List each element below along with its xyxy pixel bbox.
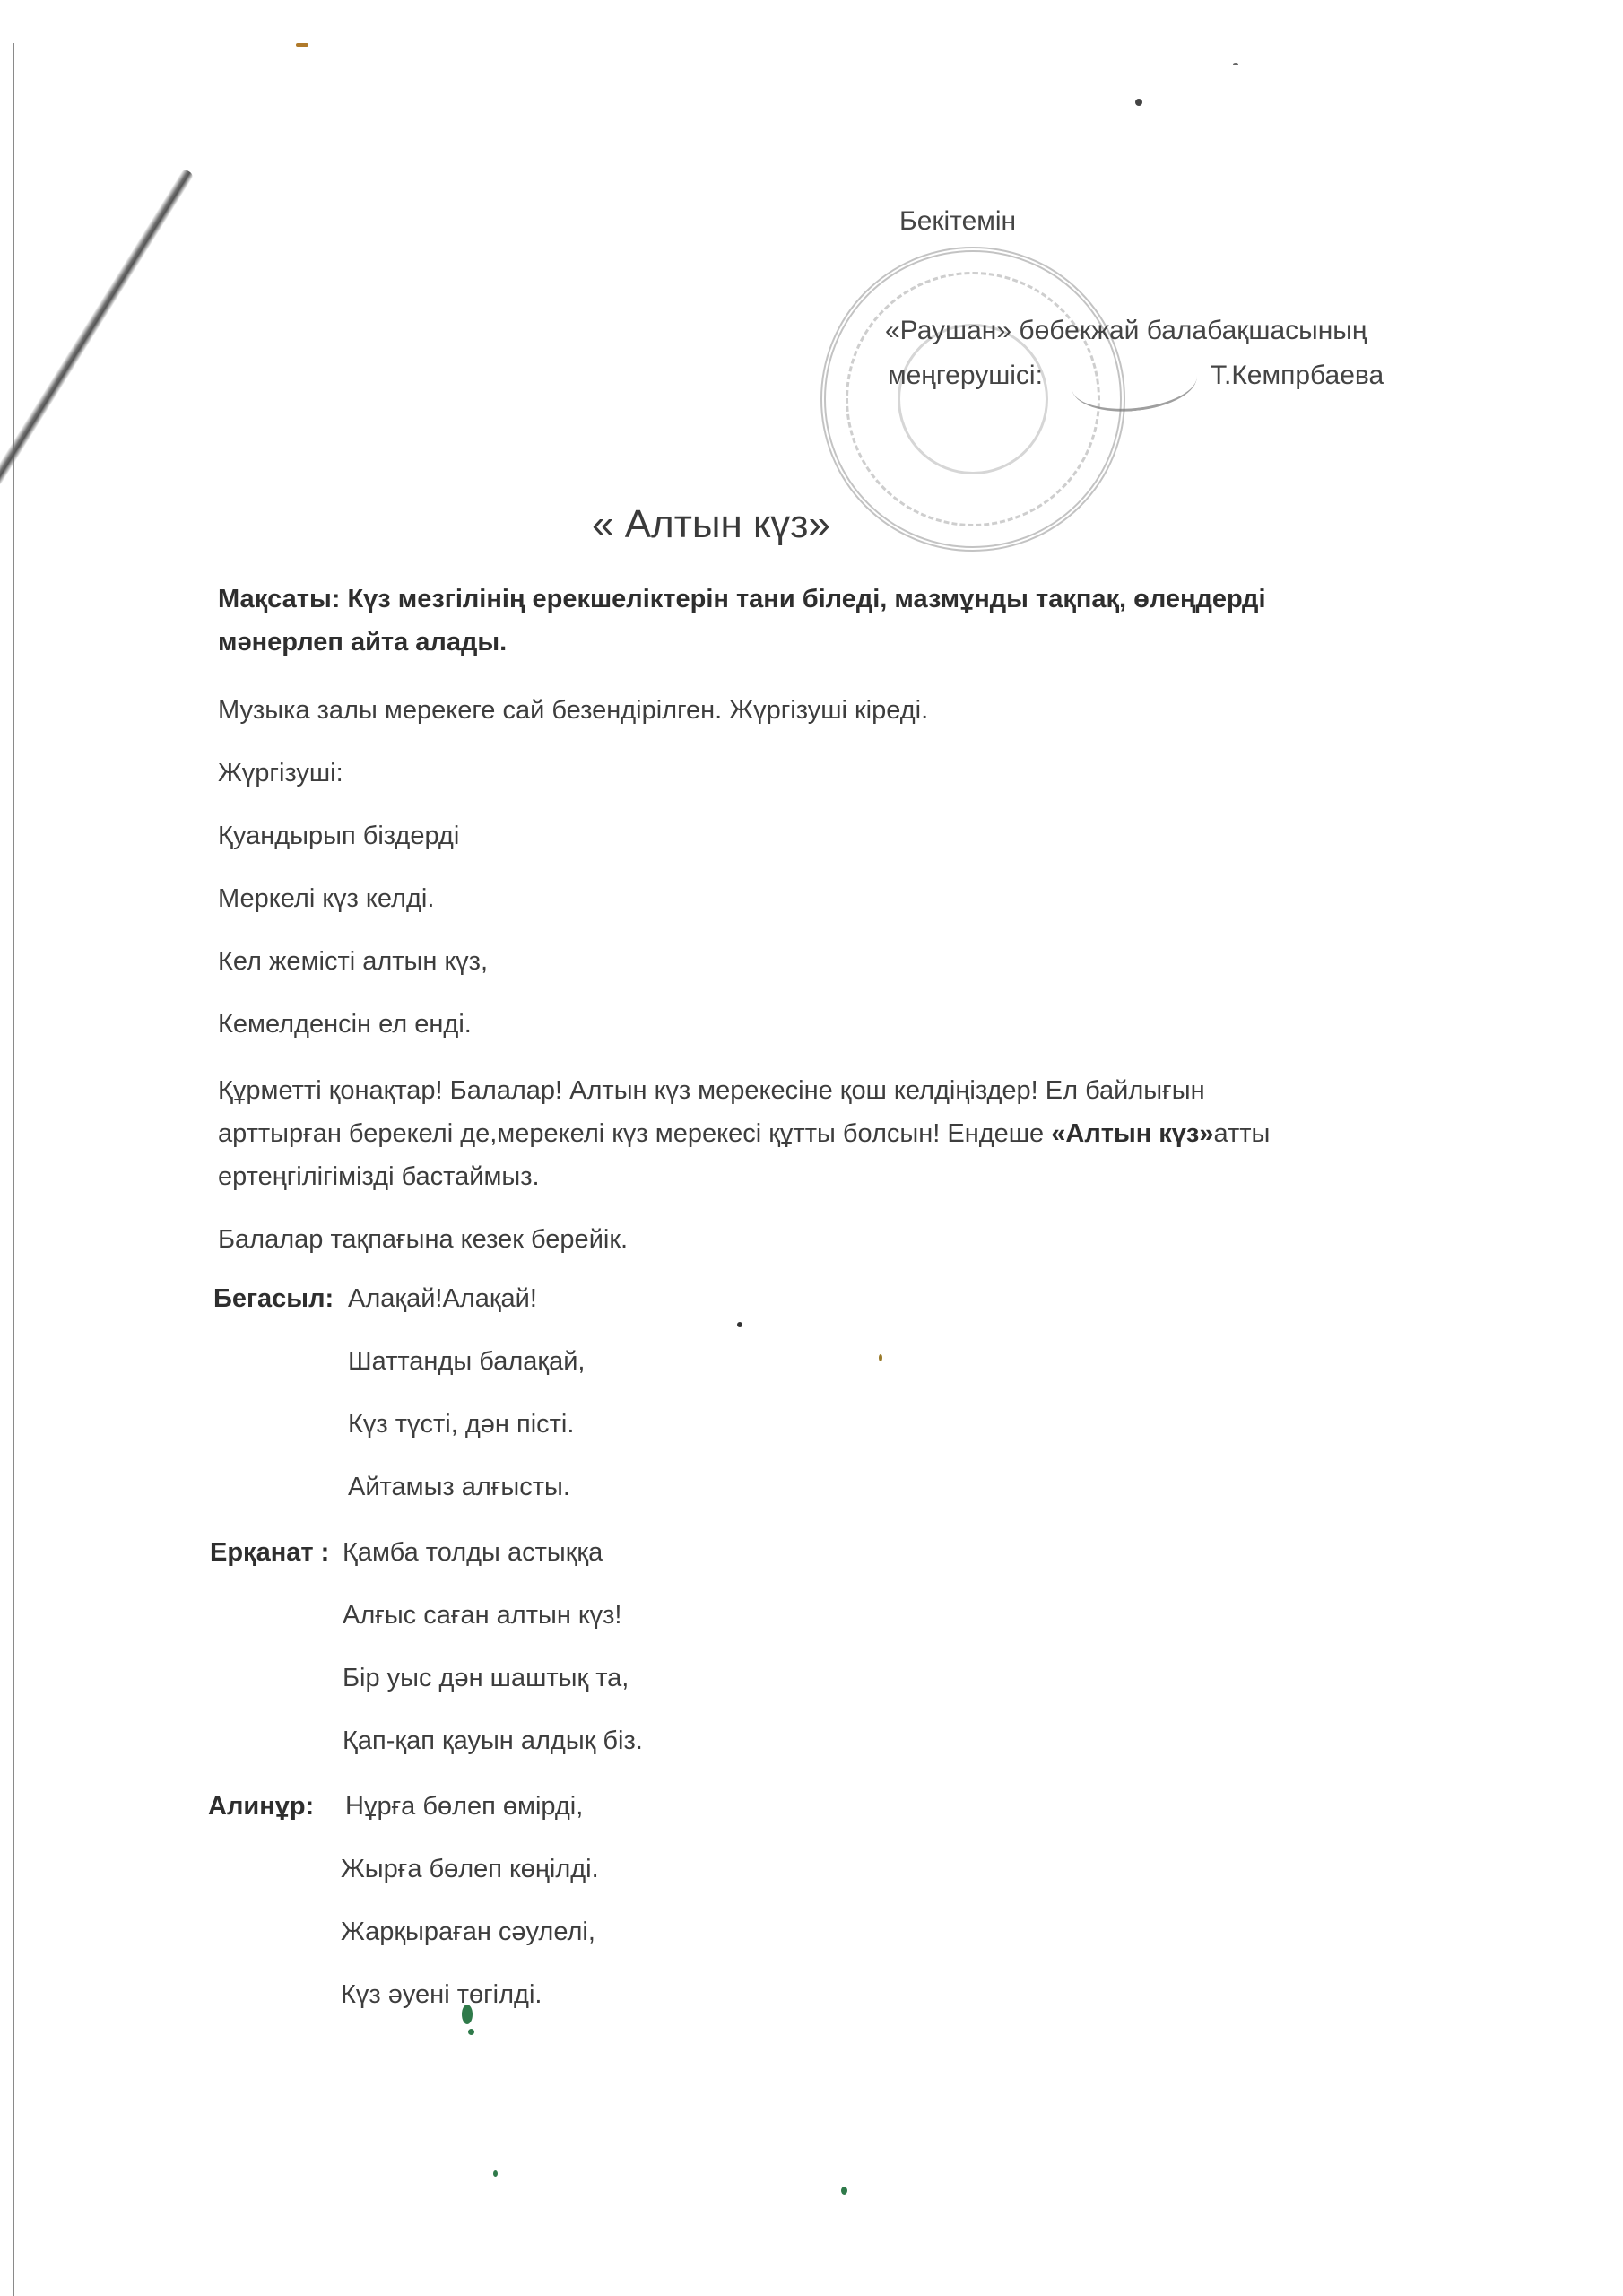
ink-spot-green (493, 2170, 498, 2177)
scan-speck (879, 1354, 882, 1361)
poem-speaker: Алинұр: (208, 1792, 314, 1822)
poem-line: Нұрға бөлеп өмірді, (345, 1792, 583, 1822)
document-title: « Алтын күз» (592, 502, 830, 547)
host-label: Жүргізуші: (218, 759, 343, 788)
approval-institution: «Раушан» бөбекжай балабақшасының (885, 316, 1367, 346)
poem-line: Қап-қап қауын алдық біз. (343, 1726, 643, 1756)
goal-text-1: Күз мезгілінің ерекшеліктерін тани білед… (347, 585, 1265, 613)
turn-text: Балалар тақпағына кезек берейік. (218, 1225, 628, 1255)
host-verse-line: Кел жемісті алтын күз, (218, 947, 488, 977)
poem-line: Жарқыраған сәулелі, (341, 1918, 595, 1947)
approval-name: Т.Кемпрбаева (1211, 361, 1384, 391)
greeting-line-2: арттырған берекелі де,мерекелі күз мерек… (218, 1119, 1270, 1149)
ink-spot-green (468, 2029, 474, 2035)
poem-line: Күз әуені төгілді. (341, 1980, 542, 2010)
host-verse-line: Қуандырып біздерді (218, 822, 459, 851)
ink-spot-green (841, 2187, 847, 2195)
scan-streak-artifact (0, 169, 195, 487)
poem-line: Алғыс саған алтын күз! (343, 1601, 621, 1631)
scan-speck (1233, 63, 1238, 65)
poem-line: Айтамыз алғысты. (348, 1473, 570, 1502)
poem-line: Қамба толды астыққа (343, 1538, 603, 1568)
poem-line: Күз түсті, дән пісті. (348, 1410, 574, 1439)
poem-speaker: Ерқанат : (210, 1538, 329, 1568)
scan-page-edge (13, 43, 14, 2296)
poem-line: Бір уыс дән шаштық та, (343, 1664, 629, 1693)
approval-heading: Бекітемін (899, 206, 1016, 237)
greeting-title-ref: «Алтын күз» (1051, 1119, 1213, 1148)
greeting-text: атты (1213, 1119, 1270, 1148)
poem-line: Шаттанды балақай, (348, 1347, 585, 1377)
poem-line: Жырға бөлеп көңілді. (341, 1855, 599, 1884)
host-verse-line: Меркелі күз келді. (218, 884, 434, 914)
approval-role: меңгерушісі: (888, 361, 1043, 391)
host-verse-line: Кемелденсін ел енді. (218, 1010, 472, 1039)
goal-label: Мақсаты: (218, 585, 340, 613)
poem-line: Алақай!Алақай! (348, 1284, 537, 1314)
scan-speck (296, 43, 308, 47)
greeting-line-3: ертеңгілігімізді бастаймыз. (218, 1162, 540, 1192)
greeting-text: арттырған берекелі де,мерекелі күз мерек… (218, 1119, 1051, 1148)
scan-speck (1135, 99, 1142, 106)
scan-speck (737, 1322, 742, 1327)
goal-line-2: мәнерлеп айта алады. (218, 628, 507, 657)
goal-line-1: Мақсаты: Күз мезгілінің ерекшеліктерін т… (218, 585, 1266, 614)
intro-text: Музыка залы мерекеге сай безендірілген. … (218, 696, 928, 726)
greeting-line-1: Құрметті қонақтар! Балалар! Алтын күз ме… (218, 1076, 1205, 1106)
poem-speaker: Бегасыл: (213, 1284, 334, 1314)
